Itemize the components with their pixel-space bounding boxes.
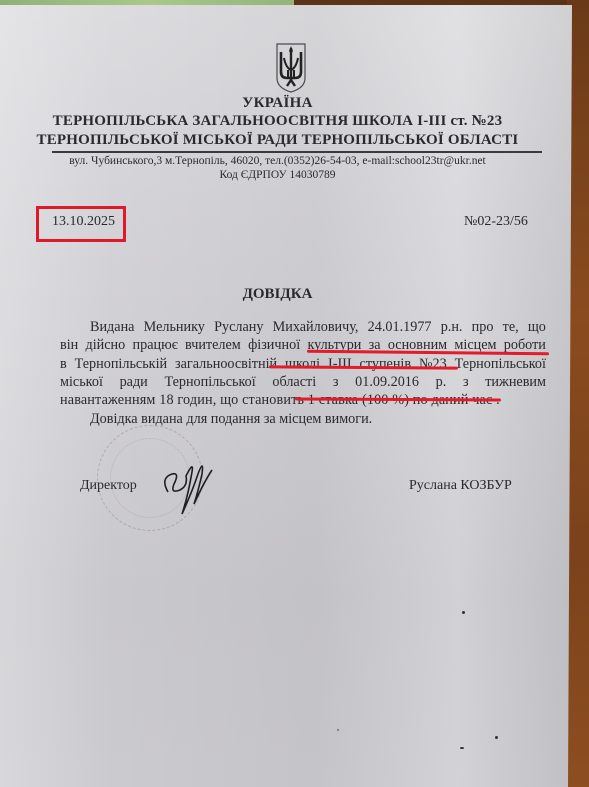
body-word: тижневим <box>485 373 546 391</box>
header-address: вул. Чубинського,3 м.Тернопіль, 46020, т… <box>0 155 555 167</box>
header-country: УКРАЇНА <box>0 95 555 112</box>
body-word: Руслану <box>214 318 263 336</box>
body-line-6: Довідка видана для подання за місцем вим… <box>90 410 372 428</box>
paper-speck <box>495 736 498 739</box>
header-divider <box>52 151 542 153</box>
body-word: з <box>463 373 469 391</box>
body-word: дійсно <box>86 336 126 354</box>
body-word: він <box>60 336 78 354</box>
body-word: Тернопільської <box>164 373 255 391</box>
paper-speck <box>460 747 464 749</box>
body-word: 24.01.1977 <box>368 318 432 336</box>
body-line-1: ВиданаМельникуРуслануМихайловичу,24.01.1… <box>90 318 546 336</box>
body-word: Тернопільській <box>75 355 167 373</box>
document-date: 13.10.2025 <box>52 214 115 230</box>
body-word: р. <box>436 373 447 391</box>
body-line-4: міськоїрадиТернопільськоїобластіз01.09.2… <box>60 373 546 391</box>
paper-speck <box>462 611 465 614</box>
body-word: №23 <box>419 355 447 373</box>
body-word: те, <box>503 318 519 336</box>
body-word: 01.09.2016 <box>355 373 419 391</box>
body-word: школі <box>285 355 320 373</box>
body-word: р.н. <box>441 318 463 336</box>
document-title: ДОВІДКА <box>0 286 555 303</box>
body-word: І-ІІІ <box>328 355 352 373</box>
body-word: в <box>60 355 67 373</box>
body-word: ради <box>120 373 148 391</box>
body-line-3: вТернопільськійзагальноосвітнійшколіІ-ІІ… <box>60 355 546 373</box>
paper-speck <box>337 729 339 731</box>
body-word: області <box>272 373 316 391</box>
body-word: фізичної <box>248 336 300 354</box>
trident-coat-of-arms-icon <box>275 42 307 94</box>
header-edrpou-code: Код ЄДРПОУ 14030789 <box>0 169 555 181</box>
signatory-name: Руслана КОЗБУР <box>409 478 512 494</box>
header-school-authority: ТЕРНОПІЛЬСЬКОЇ МІСЬКОЇ РАДИ ТЕРНОПІЛЬСЬК… <box>0 132 555 149</box>
body-word: Тернопільської <box>455 355 546 373</box>
header-school-name: ТЕРНОПІЛЬСЬКА ЗАГАЛЬНООСВІТНЯ ШКОЛА І-ІІ… <box>0 113 555 130</box>
body-word: Мельнику <box>144 318 205 336</box>
body-word: що <box>528 318 546 336</box>
signatory-role: Директор <box>80 478 137 494</box>
body-word: вчителем <box>185 336 241 354</box>
body-word: загальноосвітній <box>175 355 277 373</box>
body-word: працює <box>133 336 178 354</box>
signature-icon <box>158 452 218 522</box>
body-word: ступенів <box>360 355 412 373</box>
body-word: Видана <box>90 318 134 336</box>
body-word: про <box>472 318 494 336</box>
body-word: Михайловичу, <box>273 318 359 336</box>
registration-number: №02-23/56 <box>464 214 528 230</box>
document-page: УКРАЇНА ТЕРНОПІЛЬСЬКА ЗАГАЛЬНООСВІТНЯ ШК… <box>0 5 572 787</box>
body-word: з <box>333 373 339 391</box>
body-word: міської <box>60 373 103 391</box>
